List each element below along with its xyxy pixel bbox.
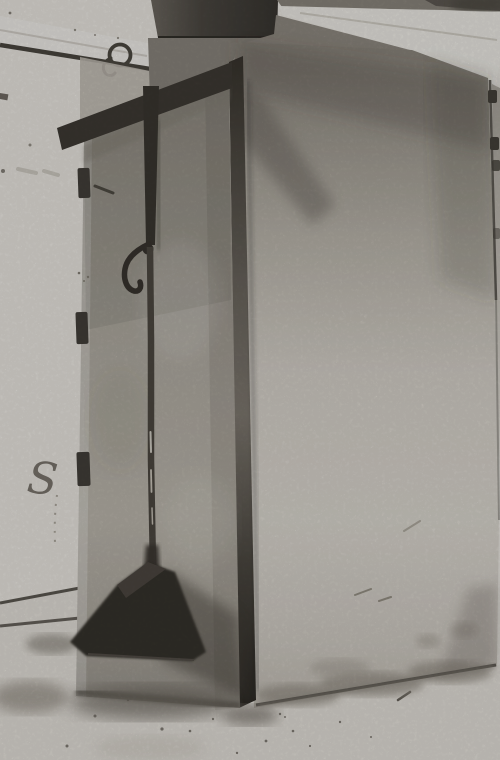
film-grain-coarse	[0, 0, 500, 760]
photo-canvas: S	[0, 0, 500, 760]
photograph: S	[0, 0, 500, 760]
